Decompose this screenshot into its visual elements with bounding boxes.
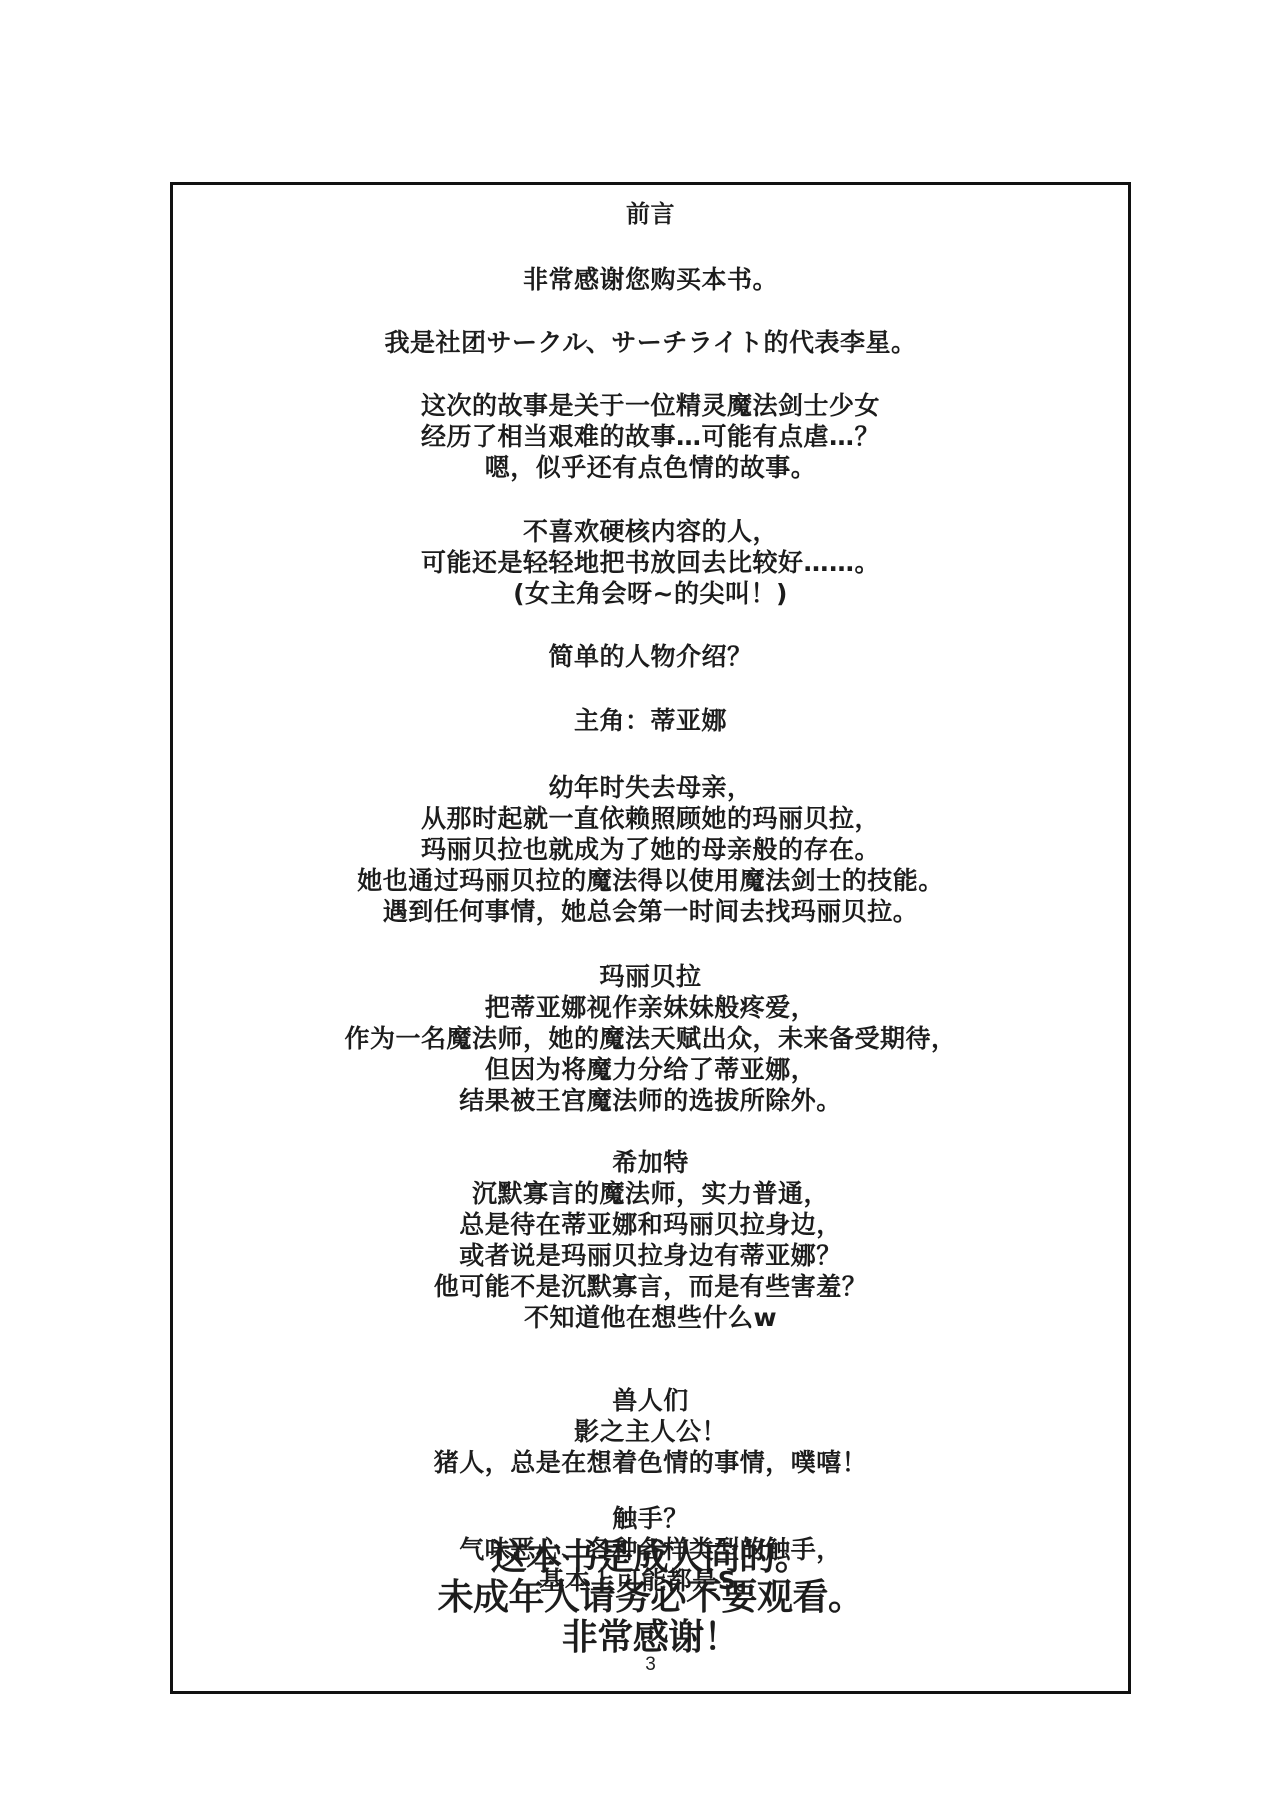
shigat-line: 他可能不是沉默寡言，而是有些害羞？ [173, 1271, 1128, 1302]
protagonist-line: 从那时起就一直依赖照顾她的玛丽贝拉， [173, 803, 1128, 834]
protagonist-line: 幼年时失去母亲， [173, 772, 1128, 803]
warning-line: 非常感谢！ [173, 1617, 1128, 1657]
protagonist-heading: 主角：蒂亚娜 [173, 705, 1128, 736]
page-title: 前言 [173, 199, 1128, 230]
caution-line: (女主角会呀~的尖叫！) [173, 578, 1128, 609]
characters-heading: 简单的人物介绍？ [173, 641, 1128, 672]
maribella-line: 但因为将魔力分给了蒂亚娜， [173, 1054, 1128, 1085]
orcs-line: 猪人，总是在想着色情的事情，噗嘻！ [173, 1447, 1128, 1478]
protagonist-line: 玛丽贝拉也就成为了她的母亲般的存在。 [173, 834, 1128, 865]
orcs-line: 影之主人公！ [173, 1416, 1128, 1447]
protagonist-line: 遇到任何事情，她总会第一时间去找玛丽贝拉。 [173, 896, 1128, 927]
thanks-text: 非常感谢您购买本书。 [173, 264, 1128, 295]
maribella-line: 作为一名魔法师，她的魔法天赋出众，未来备受期待， [173, 1023, 1128, 1054]
shigat-line: 沉默寡言的魔法师，实力普通， [173, 1178, 1128, 1209]
orcs-heading: 兽人们 [173, 1385, 1128, 1416]
warning-line: 这本书是成人向的。 [173, 1537, 1128, 1577]
protagonist-line: 她也通过玛丽贝拉的魔法得以使用魔法剑士的技能。 [173, 865, 1128, 896]
shigat-line: 不知道他在想些什么w [173, 1302, 1128, 1333]
page-number: 3 [173, 1654, 1128, 1676]
shigat-line: 总是待在蒂亚娜和玛丽贝拉身边， [173, 1209, 1128, 1240]
story-line: 经历了相当艰难的故事…可能有点虐…？ [173, 421, 1128, 452]
maribella-line: 结果被王宫魔法师的选拔所除外。 [173, 1085, 1128, 1116]
story-line: 嗯，似乎还有点色情的故事。 [173, 452, 1128, 483]
caution-line: 不喜欢硬核内容的人， [173, 516, 1128, 547]
story-line: 这次的故事是关于一位精灵魔法剑士少女 [173, 390, 1128, 421]
caution-line: 可能还是轻轻地把书放回去比较好……。 [173, 547, 1128, 578]
shigat-line: 或者说是玛丽贝拉身边有蒂亚娜？ [173, 1240, 1128, 1271]
maribella-heading: 玛丽贝拉 [173, 961, 1128, 992]
maribella-line: 把蒂亚娜视作亲妹妹般疼爱， [173, 992, 1128, 1023]
shigat-heading: 希加特 [173, 1147, 1128, 1178]
intro-text: 我是社团サークル、サーチライト的代表李星。 [173, 327, 1128, 358]
tentacles-heading: 触手？ [173, 1503, 1128, 1534]
page-frame: 前言 非常感谢您购买本书。 我是社团サークル、サーチライト的代表李星。 这次的故… [170, 182, 1131, 1694]
warning-line: 未成年人请务必不要观看。 [173, 1577, 1128, 1617]
